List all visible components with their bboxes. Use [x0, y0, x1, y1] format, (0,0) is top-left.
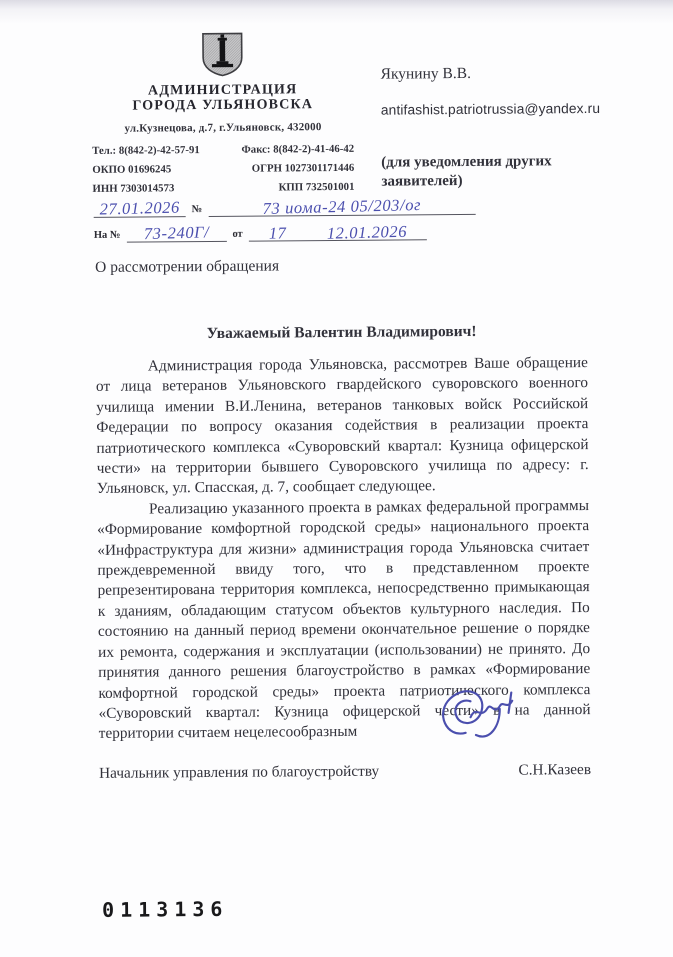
org-inn: ИНН 7303014573	[92, 182, 223, 195]
scanned-letter-page: АДМИНИСТРАЦИЯ ГОРОДА УЛЬЯНОВСКА ул.Кузне…	[0, 0, 673, 957]
org-kpp: КПП 732501001	[223, 181, 354, 194]
org-contacts: Тел.: 8(842-2)-42-57-91 Факс: 8(842-2)-4…	[92, 143, 354, 195]
signer-name: С.Н.Казеев	[518, 761, 591, 780]
incoming-number-field: 73-240Г/	[126, 226, 226, 243]
recipient-name: Якунину В.В.	[381, 64, 609, 84]
org-ogrn: ОГРН 1027301171446	[223, 162, 354, 175]
outgoing-date-handwriting: 27.01.2026	[99, 201, 180, 217]
letter-content: АДМИНИСТРАЦИЯ ГОРОДА УЛЬЯНОВСКА ул.Кузне…	[0, 0, 673, 957]
number-sign-label: №	[192, 204, 203, 217]
incoming-date-handwriting: 12.01.2026	[326, 225, 407, 241]
outgoing-number-field: 73 иома-24 05/203/ог	[208, 199, 476, 217]
salutation: Уважаемый Валентин Владимирович!	[96, 322, 588, 344]
recipient-email: antifashist.patriotrussia@yandex.ru	[381, 101, 609, 118]
org-okpo: ОКПО 01696245	[92, 163, 223, 176]
reference-block: 27.01.2026 № 73 иома-24 05/203/ог На № 7…	[94, 199, 476, 243]
body-paragraph-1: Администрация города Ульяновска, рассмот…	[96, 353, 589, 500]
incoming-date-field: 17 12.01.2026	[249, 225, 427, 241]
recipient-note: (для уведомления других заявителей)	[381, 152, 587, 192]
letter-subject: О рассмотрении обращения	[95, 257, 279, 276]
letterhead: АДМИНИСТРАЦИЯ ГОРОДА УЛЬЯНОВСКА ул.Кузне…	[91, 30, 354, 195]
org-phone: Тел.: 8(842-2)-42-57-91	[92, 144, 223, 157]
signer-position: Начальник управления по благоустройству	[99, 762, 379, 782]
incoming-day-handwriting: 17	[269, 226, 287, 240]
form-number: 0113136	[102, 897, 228, 922]
incoming-reference-row: На № 73-240Г/ от 17 12.01.2026	[94, 224, 476, 243]
outgoing-reference-row: 27.01.2026 № 73 иома-24 05/203/ог	[94, 199, 476, 218]
outgoing-number-handwriting: 73 иома-24 05/203/ог	[262, 198, 421, 216]
incoming-number-handwriting: 73-240Г/	[143, 225, 209, 241]
ulyanovsk-coat-of-arms-icon	[198, 31, 246, 77]
org-fax: Факс: 8(842-2)-41-46-42	[223, 143, 354, 156]
incoming-number-label: На №	[94, 230, 121, 243]
handwritten-signature-icon	[423, 673, 539, 765]
signature-row: Начальник управления по благоустройству …	[99, 761, 591, 783]
recipient-block: Якунину В.В. antifashist.patriotrussia@y…	[381, 64, 610, 192]
org-name-line2: ГОРОДА УЛЬЯНОВСКА	[92, 97, 354, 114]
from-label: от	[232, 229, 242, 242]
org-address: ул.Кузнецова, д.7, г.Ульяновск, 432000	[92, 121, 354, 135]
outgoing-date-field: 27.01.2026	[94, 201, 186, 218]
